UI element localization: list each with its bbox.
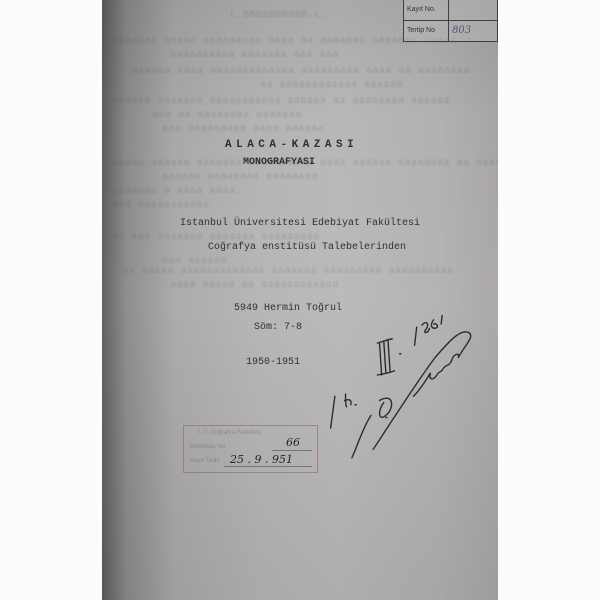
stamp-value-2: 66 <box>286 436 300 449</box>
university-line: Istanbul Üniversitesi Edebiyat Fakültesi <box>180 218 420 229</box>
stamp-label-3: Kayıt Tarihi <box>190 458 220 464</box>
term-line: Söm: 7-8 <box>254 322 302 333</box>
registry-label: Kayıt No. <box>404 0 449 20</box>
bleed-through-text: aaaaaaaaaa aaaaaaa aaa aaa <box>170 50 339 61</box>
bleed-through-text: aaaaaa aaaaaaaa aaaaaaaa <box>162 172 318 183</box>
document-subtitle: MONOGRAFYASI <box>243 157 315 168</box>
registry-value: 803 <box>449 20 498 41</box>
registry-label: Tertip No <box>404 20 449 41</box>
bleed-through-text: aaaaaa aaaaaaa aaaaaaaaaaa aaaaaa aa aaa… <box>112 96 450 107</box>
bleed-through-text: aaaaaaa a aaaa aaaa. <box>112 186 242 197</box>
bleed-through-text: L.BBBBBBBBBB.L. <box>230 10 328 21</box>
academic-years: 1950-1951 <box>246 357 300 368</box>
bleed-through-text: aaa aaaaaaaaa aaaa aaaaaa <box>162 124 325 135</box>
library-stamp: İ. Ü. Coğrafya Fakültesi Demirbaş No 66 … <box>183 425 318 473</box>
registry-row: Tertip No 803 <box>404 20 498 41</box>
registry-value <box>449 0 498 20</box>
stamp-underline <box>272 450 312 451</box>
institute-line: Coğrafya enstitüsü Talebelerinden <box>208 242 406 253</box>
bleed-through-text: aaaa aaaaa aa aaaaaaaaaaaa <box>170 280 339 291</box>
bleed-through-text: aaa aa aaaaaaaa aaaaaaa <box>152 110 302 121</box>
stamp-value-3: 25 . 9 . 951 <box>230 453 293 466</box>
bleed-through-text: aaa aaaaaaaaaaa <box>112 200 210 211</box>
document-title: ALACA-KAZASI <box>225 139 358 151</box>
handwritten-signature-icon <box>320 290 490 460</box>
stamp-label-2: Demirbaş No <box>190 444 225 450</box>
stamp-underline <box>224 466 312 467</box>
registry-row: Kayıt No. <box>404 0 498 20</box>
registry-box: Kayıt No. Tertip No 803 <box>403 0 498 42</box>
bleed-through-text: aa aaaaaaaaaaaa aaaaaa <box>260 80 403 91</box>
bleed-through-text: aa aaaaa aaaaaaaaaaaaa aaaaaaa aaaaaaaaa… <box>122 266 454 277</box>
stamp-line-1: İ. Ü. Coğrafya Fakültesi <box>198 430 261 436</box>
bleed-through-text: aaaaaa aaaa aaaaaaaaaaaaa aaaaaaaaa aaaa… <box>132 66 470 77</box>
